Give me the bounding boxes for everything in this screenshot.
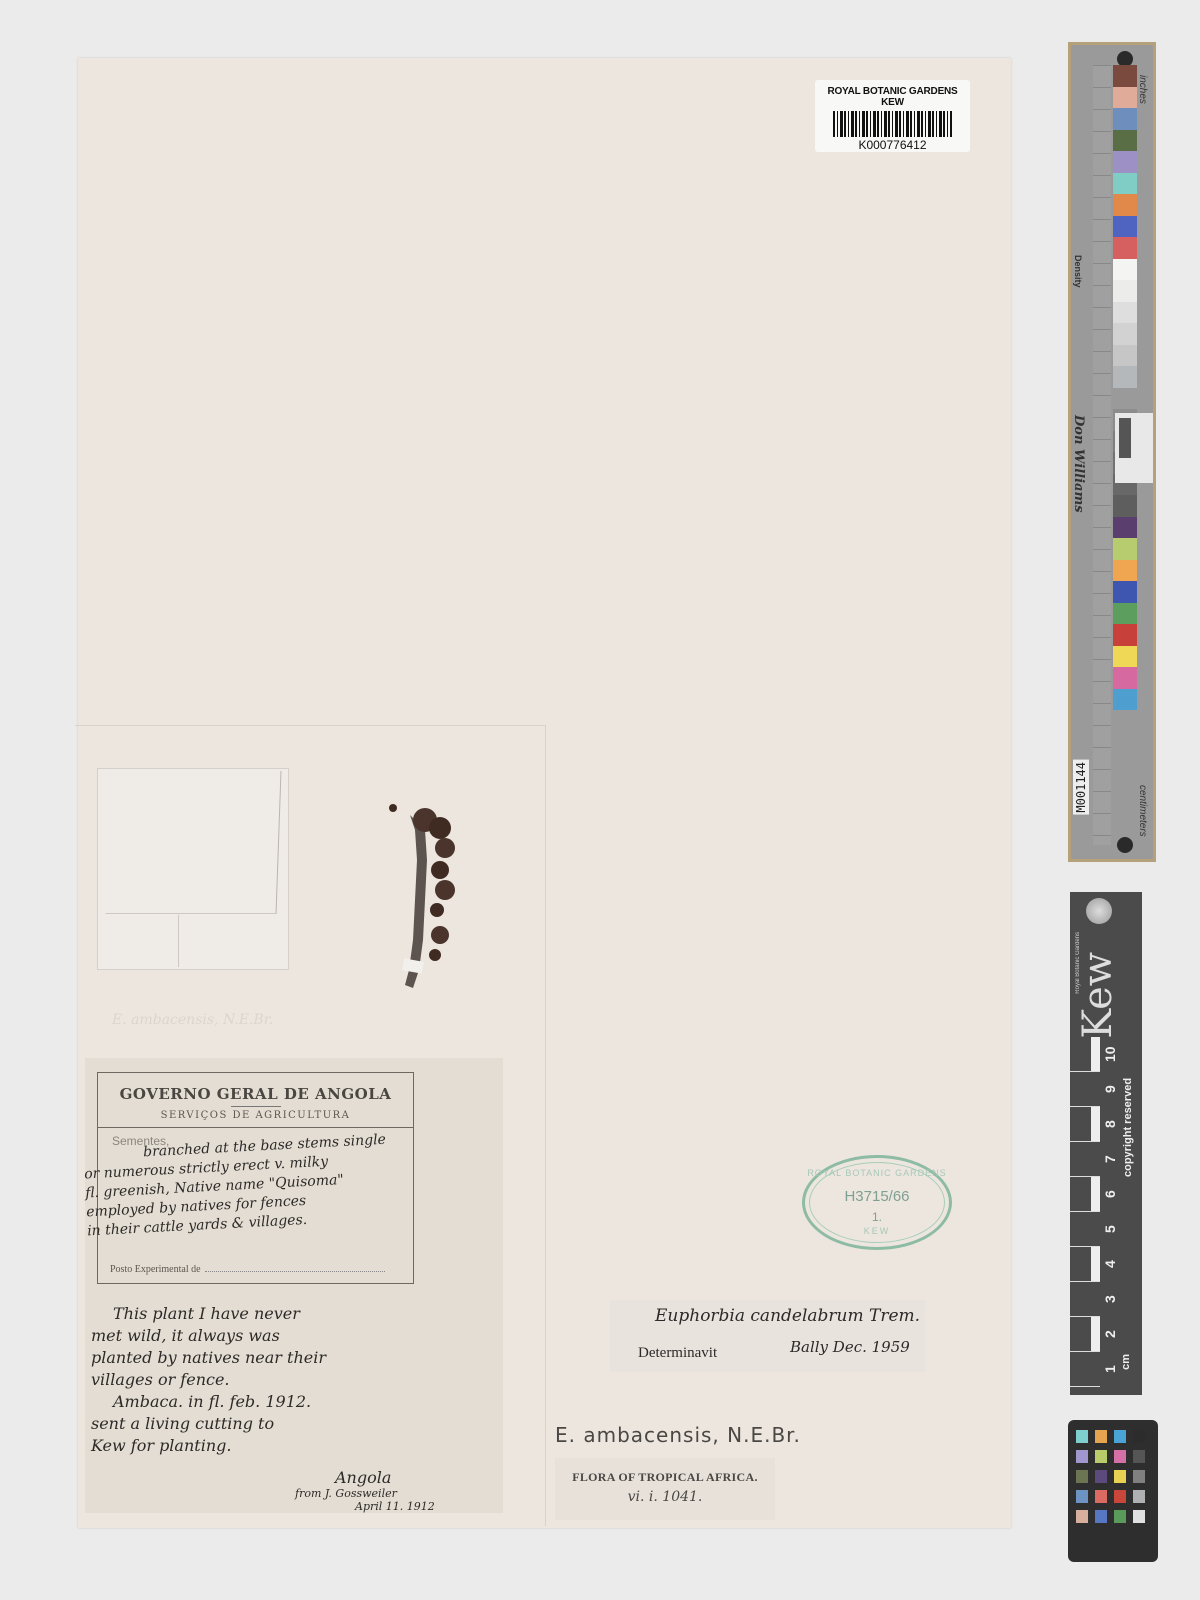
checker-patch	[1076, 1430, 1088, 1443]
density-label: Density	[1073, 255, 1083, 288]
checker-patch	[1095, 1510, 1107, 1523]
color-patch	[1113, 538, 1137, 560]
note-line: Kew for planting.	[91, 1435, 491, 1457]
color-patch	[1113, 366, 1137, 388]
color-checker-card	[1068, 1420, 1158, 1562]
scale-number: 9	[1102, 1072, 1118, 1107]
checker-patch	[1133, 1510, 1145, 1523]
color-patch	[1113, 65, 1137, 87]
locality: Angola	[295, 1468, 435, 1487]
fragment-packet[interactable]	[97, 768, 289, 970]
kew-logo: Kew	[1078, 952, 1118, 1039]
determiner-date: Bally Dec. 1959	[790, 1338, 910, 1356]
scale-number: 8	[1102, 1107, 1118, 1142]
note-line: sent a living cutting to	[91, 1413, 491, 1435]
barcode-number: K000776412	[815, 138, 970, 152]
checker-patches	[1076, 1430, 1145, 1523]
color-patch	[1113, 345, 1137, 367]
checker-patch	[1114, 1430, 1126, 1443]
checker-patch	[1095, 1430, 1107, 1443]
color-patch	[1113, 495, 1137, 517]
color-patch	[1113, 173, 1137, 195]
note-line: Ambaca. in fl. feb. 1912.	[91, 1391, 491, 1413]
collection-label-angola: GOVERNO GERAL DE ANGOLA SERVIÇOS DE AGRI…	[85, 1058, 503, 1513]
color-patch	[1113, 667, 1137, 689]
checker-patch	[1133, 1450, 1145, 1463]
strip-brand: Don Williams	[1071, 415, 1086, 513]
color-patch	[1113, 194, 1137, 216]
color-patch	[1113, 259, 1137, 281]
scale-number: 1	[1102, 1352, 1118, 1387]
strip-hole-bottom	[1117, 837, 1133, 853]
checker-patch	[1133, 1490, 1145, 1503]
color-patch	[1113, 302, 1137, 324]
scale-number: 2	[1102, 1317, 1118, 1352]
color-patch	[1113, 323, 1137, 345]
determination-label: Euphorbia candelabrum Trem. Determinavit…	[610, 1300, 925, 1372]
note-line: villages or fence.	[91, 1369, 491, 1391]
annotation-name: E. ambacensis, N.E.Br.	[555, 1423, 801, 1447]
inches-label: inches	[1137, 75, 1148, 104]
handwritten-description: branched at the base stems single or num…	[83, 1126, 487, 1242]
color-patch	[1113, 108, 1137, 130]
scale-number: 7	[1102, 1142, 1118, 1177]
scale-number: 6	[1102, 1177, 1118, 1212]
color-patch	[1113, 151, 1137, 173]
checker-patch	[1095, 1470, 1107, 1483]
stamp-arc-text: ROYAL BOTANIC GARDENS	[805, 1168, 949, 1178]
checker-patch	[1114, 1450, 1126, 1463]
color-patch	[1113, 237, 1137, 259]
color-patch	[1113, 560, 1137, 582]
color-patch	[1113, 517, 1137, 539]
checker-patch	[1095, 1450, 1107, 1463]
label-subtitle: SERVIÇOS DE AGRICULTURA	[98, 1110, 413, 1128]
color-patch	[1113, 581, 1137, 603]
faint-pencil-note: E. ambacensis, N.E.Br.	[112, 1012, 273, 1028]
flora-title: FLORA OF TROPICAL AFRICA.	[555, 1470, 775, 1485]
color-patch	[1113, 624, 1137, 646]
centimeters-label: centimeters	[1137, 785, 1148, 837]
barcode-label: ROYAL BOTANIC GARDENS KEW K000776412	[815, 80, 970, 152]
stamp-bottom-text: KEW	[805, 1226, 949, 1236]
note-line: planted by natives near their	[91, 1347, 491, 1369]
checker-patch	[1114, 1490, 1126, 1503]
color-patch	[1113, 216, 1137, 238]
checker-patch	[1114, 1510, 1126, 1523]
strip-reference-id: M001144	[1073, 760, 1089, 815]
label-title: GOVERNO GERAL DE ANGOLA	[98, 1085, 413, 1103]
checker-patch	[1076, 1450, 1088, 1463]
checker-patch	[1076, 1510, 1088, 1523]
checker-patch	[1114, 1470, 1126, 1483]
barcode-icon	[833, 111, 952, 137]
determined-taxon: Euphorbia candelabrum Trem.	[655, 1306, 920, 1326]
kew-crest-icon	[1086, 898, 1112, 924]
title-rule	[231, 1106, 281, 1107]
accession-stamp: ROYAL BOTANIC GARDENS H3715/66 1. KEW	[802, 1155, 952, 1250]
cm-unit: cm	[1120, 1354, 1132, 1370]
determinavit-label: Determinavit	[638, 1345, 717, 1362]
scale-number: 10	[1102, 1037, 1118, 1072]
strip-color-patches	[1113, 65, 1137, 710]
institution-name: ROYAL BOTANIC GARDENS KEW	[815, 86, 970, 108]
scale-numbers: 10 9 8 7 6 5 4 3 2 1	[1102, 1037, 1122, 1387]
flora-reference: vi. i. 1041.	[555, 1489, 775, 1505]
color-calibration-strip: inches Density Don Williams M001144 cent…	[1068, 42, 1156, 862]
scale-number: 3	[1102, 1282, 1118, 1317]
checker-patch	[1076, 1490, 1088, 1503]
footer-label: Posto Experimental de	[110, 1264, 201, 1275]
accession-number: H3715/66	[805, 1188, 949, 1205]
strip-ruler-ticks	[1093, 65, 1111, 845]
color-patch	[1113, 603, 1137, 625]
color-patch	[1113, 646, 1137, 668]
packet-fold	[178, 915, 179, 967]
checker-patch	[1095, 1490, 1107, 1503]
flora-label: FLORA OF TROPICAL AFRICA. vi. i. 1041.	[555, 1458, 775, 1520]
note-line: met wild, it always was	[91, 1325, 491, 1347]
color-patch	[1113, 130, 1137, 152]
color-patch	[1113, 280, 1137, 302]
color-patch	[1113, 689, 1137, 711]
plant-specimen	[385, 800, 465, 1000]
scale-number: 4	[1102, 1247, 1118, 1282]
scale-number: 5	[1102, 1212, 1118, 1247]
checker-patch	[1133, 1470, 1145, 1483]
color-patch	[1113, 87, 1137, 109]
collector-signature: Angola from J. Gossweiler April 11. 1912	[295, 1468, 435, 1513]
grey-target-insert	[1115, 413, 1153, 483]
copyright-notice: copyright reserved	[1122, 1037, 1134, 1177]
experimental-post-field: Posto Experimental de	[110, 1264, 385, 1275]
note-line: This plant I have never	[91, 1303, 491, 1325]
stamp-volume: 1.	[805, 1210, 949, 1224]
scale-bars	[1070, 1037, 1100, 1387]
packet-flap[interactable]	[106, 771, 282, 914]
color-patch	[1113, 388, 1137, 410]
collector-name: from J. Gossweiler	[295, 1487, 435, 1500]
kew-scale-bar: Royal Botanic Gardens Kew 10 9 8 7 6 5 4…	[1070, 892, 1142, 1395]
collector-note: This plant I have never met wild, it alw…	[91, 1303, 491, 1457]
checker-patch	[1076, 1470, 1088, 1483]
footer-dotted-line	[205, 1271, 385, 1272]
note-date: April 11. 1912	[295, 1500, 435, 1513]
checker-patch	[1133, 1430, 1145, 1443]
